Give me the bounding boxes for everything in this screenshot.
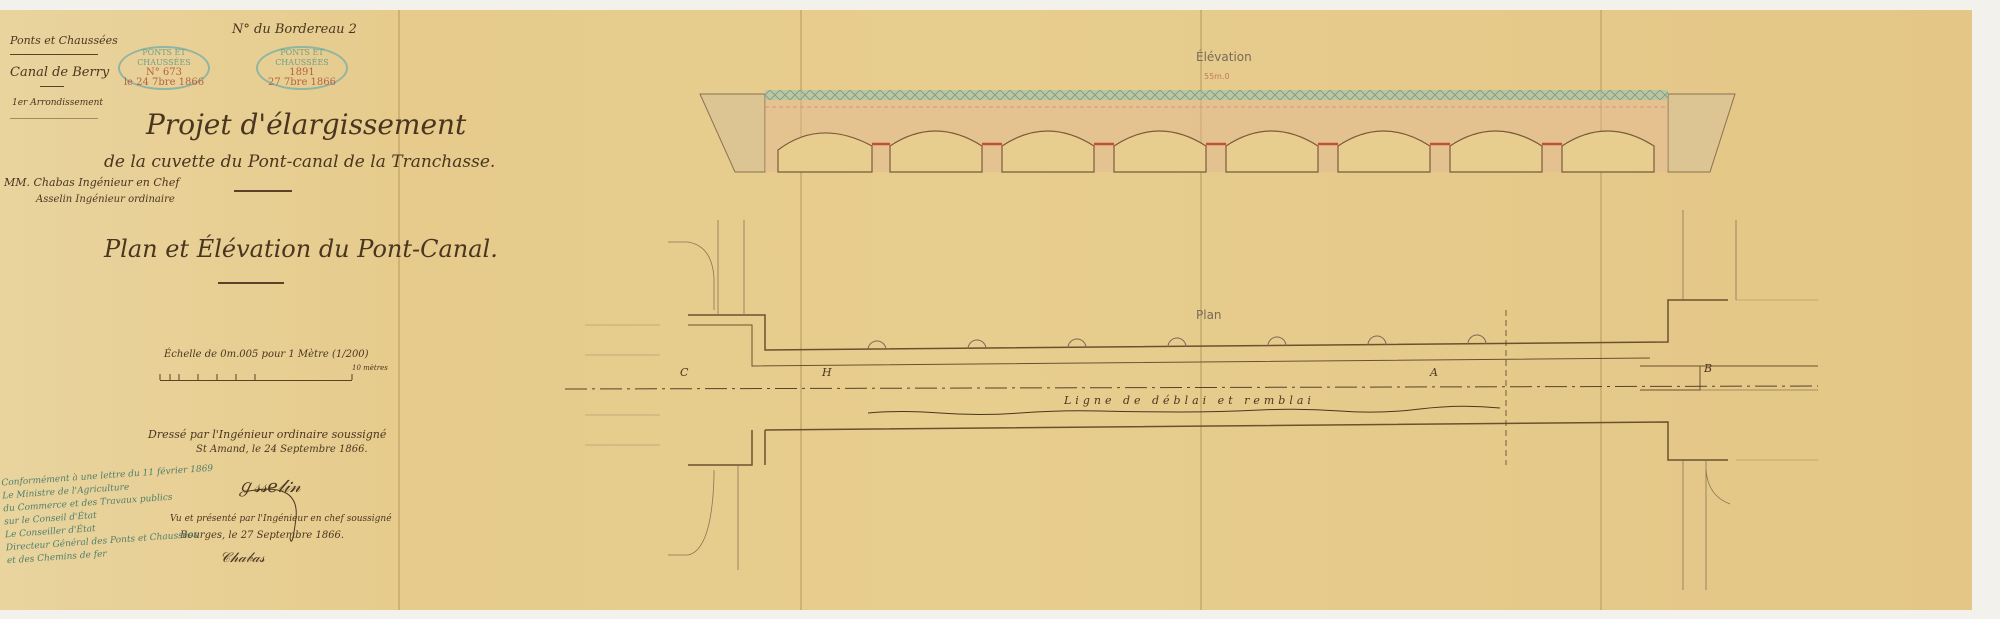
drawing-sheet: Ponts et Chaussées Canal de Berry 1er Ar… bbox=[0, 10, 1972, 610]
bridge-drawing bbox=[0, 10, 1972, 610]
